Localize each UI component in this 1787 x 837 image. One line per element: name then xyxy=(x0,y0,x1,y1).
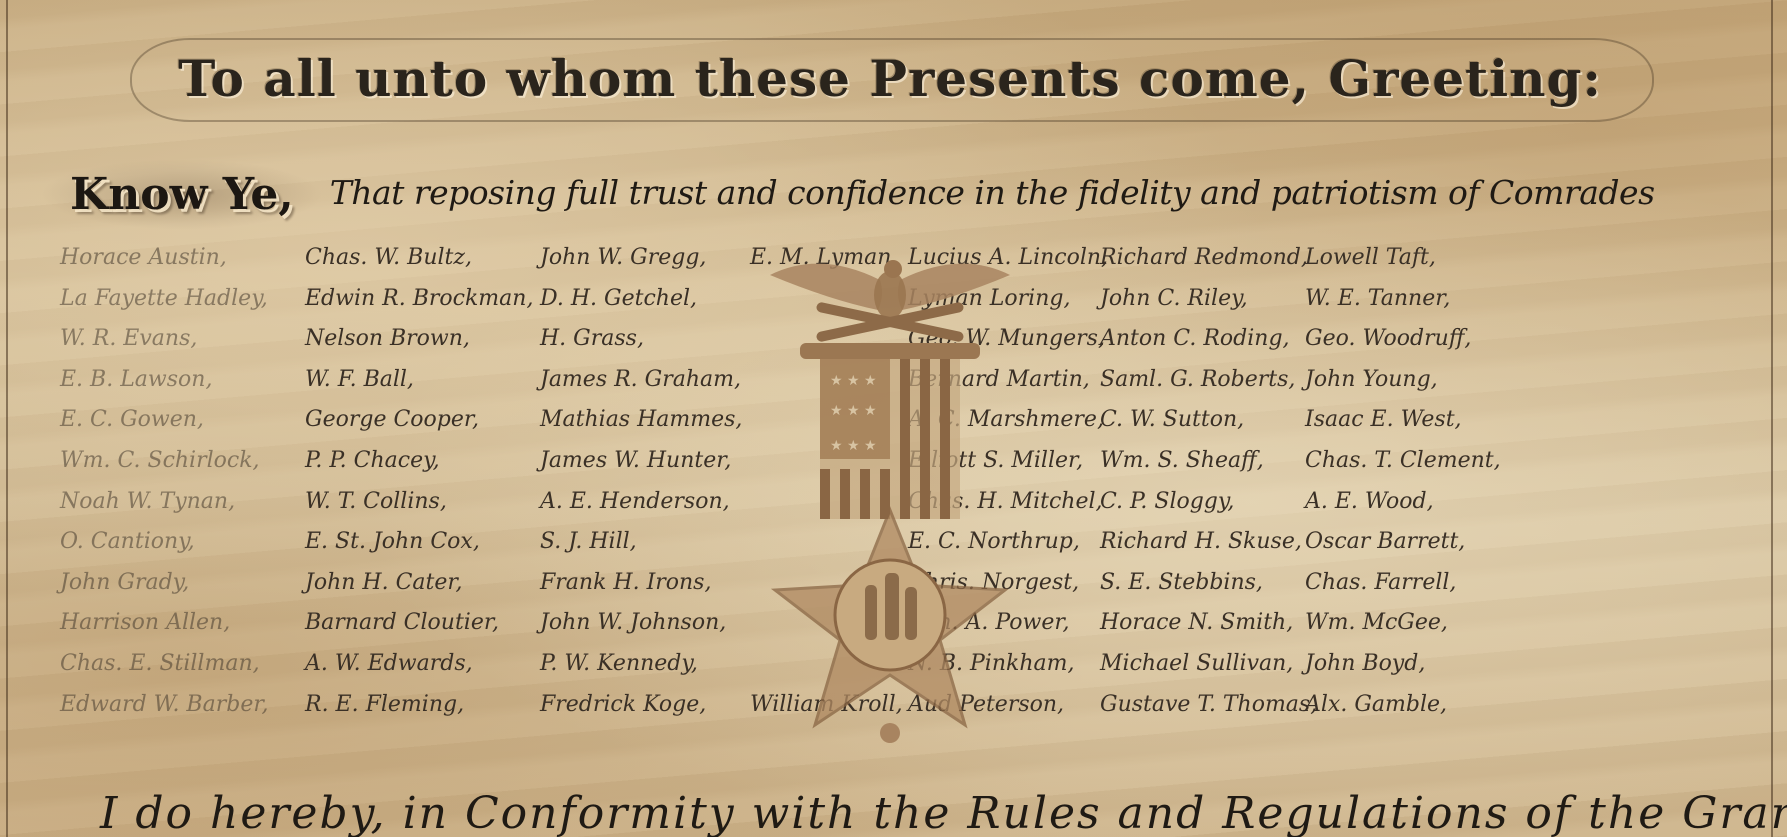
comrade-name: John Grady, xyxy=(60,563,268,604)
comrade-name: John W. Gregg, xyxy=(540,238,742,279)
comrade-name: Edward W. Barber, xyxy=(60,685,268,726)
comrade-name: Oscar Barrett, xyxy=(1305,522,1501,563)
comrade-name: John W. Johnson, xyxy=(540,603,742,644)
comrade-name: Noah W. Tynan, xyxy=(60,482,268,523)
comrade-name: H. Grass, xyxy=(540,319,742,360)
comrade-name: James W. Hunter, xyxy=(540,441,742,482)
comrade-name: James R. Graham, xyxy=(540,360,742,401)
comrade-name: George Cooper, xyxy=(305,400,533,441)
comrade-name: Horace Austin, xyxy=(60,238,268,279)
comrade-name: A. E. Henderson, xyxy=(540,482,742,523)
comrade-name: A. E. Wood, xyxy=(1305,482,1501,523)
gar-medal-icon: ★ ★ ★ ★ ★ ★ ★ ★ ★ xyxy=(760,255,1020,775)
comrade-name: Fredrick Koge, xyxy=(540,685,742,726)
comrade-name: E. B. Lawson, xyxy=(60,360,268,401)
comrade-name: John H. Cater, xyxy=(305,563,533,604)
comrade-name: E. C. Gowen, xyxy=(60,400,268,441)
comrade-name: Frank H. Irons, xyxy=(540,563,742,604)
comrade-name: A. W. Edwards, xyxy=(305,644,533,685)
comrade-name: Isaac E. West, xyxy=(1305,400,1501,441)
svg-text:★ ★ ★: ★ ★ ★ xyxy=(830,403,877,419)
comrade-name: Horace N. Smith, xyxy=(1100,603,1317,644)
comrade-name: D. H. Getchel, xyxy=(540,279,742,320)
comrade-name: Wm. McGee, xyxy=(1305,603,1501,644)
comrade-name: La Fayette Hadley, xyxy=(60,279,268,320)
name-column: John W. Gregg,D. H. Getchel,H. Grass,Jam… xyxy=(540,238,742,725)
name-column: Horace Austin,La Fayette Hadley,W. R. Ev… xyxy=(60,238,268,725)
comrade-name: P. W. Kennedy, xyxy=(540,644,742,685)
comrade-name: C. W. Sutton, xyxy=(1100,400,1317,441)
comrade-name: Saml. G. Roberts, xyxy=(1100,360,1317,401)
greeting-banner: To all unto whom these Presents come, Gr… xyxy=(130,28,1650,128)
comrade-name: Chas. E. Stillman, xyxy=(60,644,268,685)
name-column: Richard Redmond,John C. Riley,Anton C. R… xyxy=(1100,238,1317,725)
comrade-name: W. T. Collins, xyxy=(305,482,533,523)
comrade-name: W. R. Evans, xyxy=(60,319,268,360)
comrade-name: Barnard Cloutier, xyxy=(305,603,533,644)
comrade-name: Wm. S. Sheaff, xyxy=(1100,441,1317,482)
comrade-name: W. F. Ball, xyxy=(305,360,533,401)
comrade-name: Harrison Allen, xyxy=(60,603,268,644)
comrade-name: Anton C. Roding, xyxy=(1100,319,1317,360)
comrade-name: Nelson Brown, xyxy=(305,319,533,360)
comrade-name: O. Cantiony, xyxy=(60,522,268,563)
know-ye-heading: Know Ye, xyxy=(40,159,324,230)
frame-border-left xyxy=(6,0,8,837)
preamble-row: Know Ye, That reposing full trust and co… xyxy=(40,140,1760,230)
comrade-name: Chas. W. Bultz, xyxy=(305,238,533,279)
comrade-name: Chas. T. Clement, xyxy=(1305,441,1501,482)
comrade-name: Edwin R. Brockman, xyxy=(305,279,533,320)
comrade-name: R. E. Fleming, xyxy=(305,685,533,726)
comrade-name: S. E. Stebbins, xyxy=(1100,563,1317,604)
comrade-name: S. J. Hill, xyxy=(540,522,742,563)
svg-text:★ ★ ★: ★ ★ ★ xyxy=(830,438,877,454)
name-column: Chas. W. Bultz,Edwin R. Brockman,Nelson … xyxy=(305,238,533,725)
comrade-name: Alx. Gamble, xyxy=(1305,685,1501,726)
greeting-text: To all unto whom these Presents come, Gr… xyxy=(178,49,1602,108)
frame-border-right xyxy=(1771,0,1773,837)
comrade-name: Gustave T. Thomas, xyxy=(1100,685,1317,726)
certificate-parchment: To all unto whom these Presents come, Gr… xyxy=(0,0,1787,837)
comrade-name: Geo. Woodruff, xyxy=(1305,319,1501,360)
comrade-name: Wm. C. Schirlock, xyxy=(60,441,268,482)
closing-text: I do hereby, in Conformity with the Rule… xyxy=(100,788,1760,837)
comrade-name: W. E. Tanner, xyxy=(1305,279,1501,320)
comrade-name: John Boyd, xyxy=(1305,644,1501,685)
comrade-name: Richard H. Skuse, xyxy=(1100,522,1317,563)
preamble-text: That reposing full trust and confidence … xyxy=(330,173,1655,230)
comrade-name: P. P. Chacey, xyxy=(305,441,533,482)
name-column: Lowell Taft,W. E. Tanner,Geo. Woodruff,J… xyxy=(1305,238,1501,725)
comrade-name: John C. Riley, xyxy=(1100,279,1317,320)
comrade-name: Lowell Taft, xyxy=(1305,238,1501,279)
comrade-name: Michael Sullivan, xyxy=(1100,644,1317,685)
comrade-name: E. St. John Cox, xyxy=(305,522,533,563)
comrade-name: Richard Redmond, xyxy=(1100,238,1317,279)
comrade-name: John Young, xyxy=(1305,360,1501,401)
comrade-name: Chas. Farrell, xyxy=(1305,563,1501,604)
svg-text:★ ★ ★: ★ ★ ★ xyxy=(830,373,877,389)
comrade-name: Mathias Hammes, xyxy=(540,400,742,441)
comrade-name: C. P. Sloggy, xyxy=(1100,482,1317,523)
